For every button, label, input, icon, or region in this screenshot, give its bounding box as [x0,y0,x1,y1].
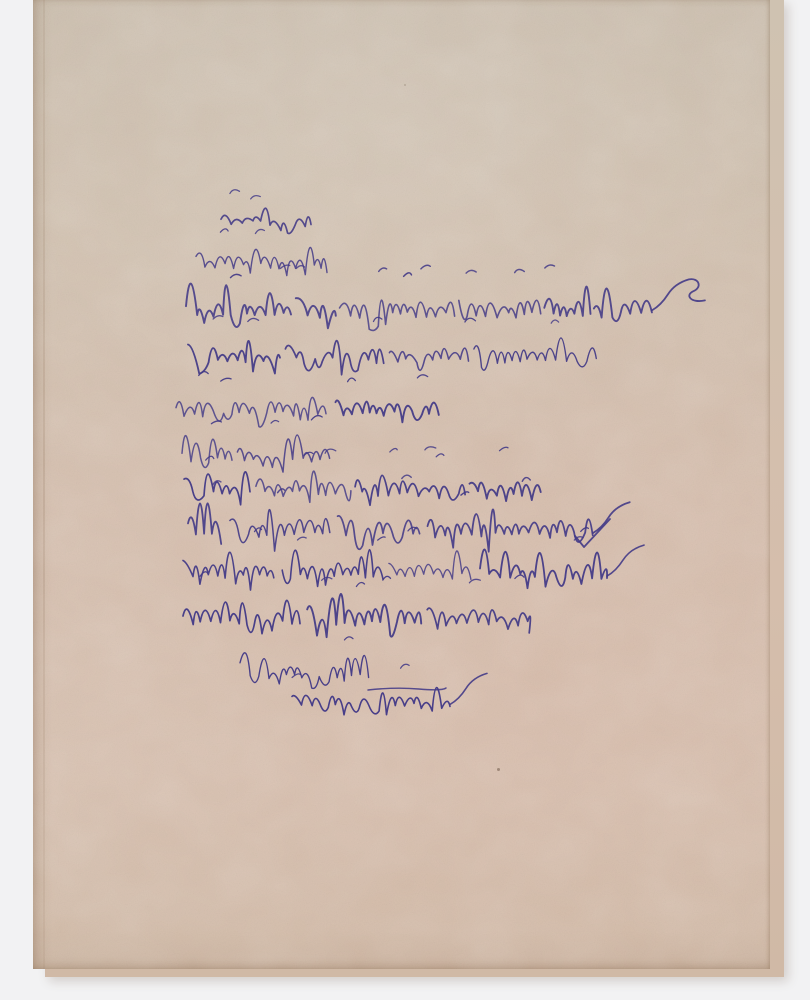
paper-sheet [33,0,770,969]
paper-speck [497,768,500,771]
paper-speck [404,84,406,86]
scanned-letter-photo [0,0,810,1000]
